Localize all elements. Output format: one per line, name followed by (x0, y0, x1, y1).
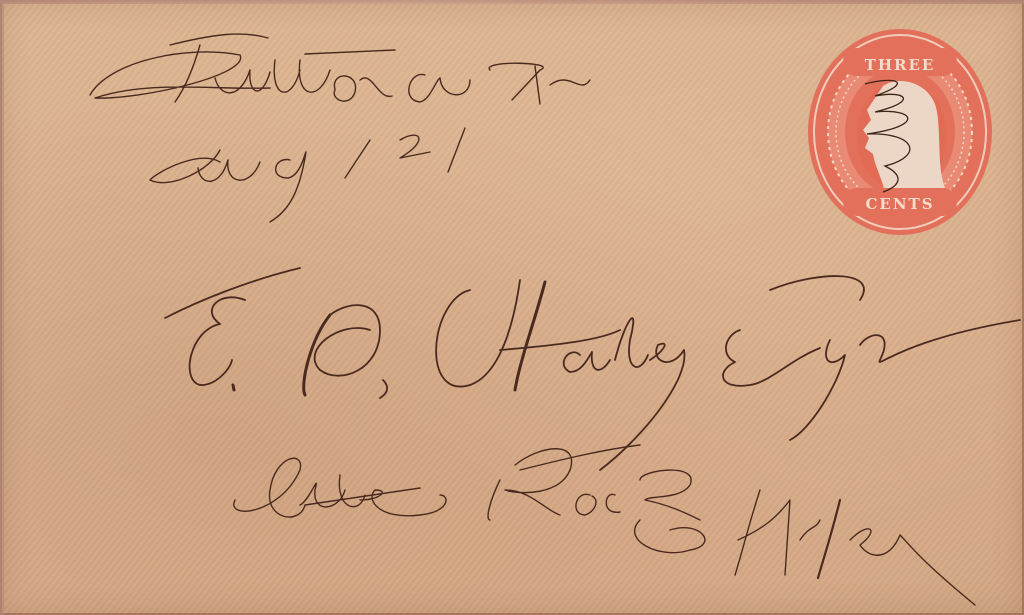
stamp-top-label: THREE (805, 56, 995, 74)
postmark-town-script (90, 34, 590, 104)
envelope-left-edge (0, 0, 4, 615)
envelope-top-edge (0, 0, 1024, 4)
city-state-script (234, 445, 975, 605)
envelope: THREE CENTS (0, 0, 1024, 615)
stamp-bottom-label: CENTS (805, 195, 995, 213)
three-cent-stamp: THREE CENTS (805, 26, 995, 238)
postmark-date-script (150, 128, 465, 222)
addressee-script (165, 268, 1020, 470)
